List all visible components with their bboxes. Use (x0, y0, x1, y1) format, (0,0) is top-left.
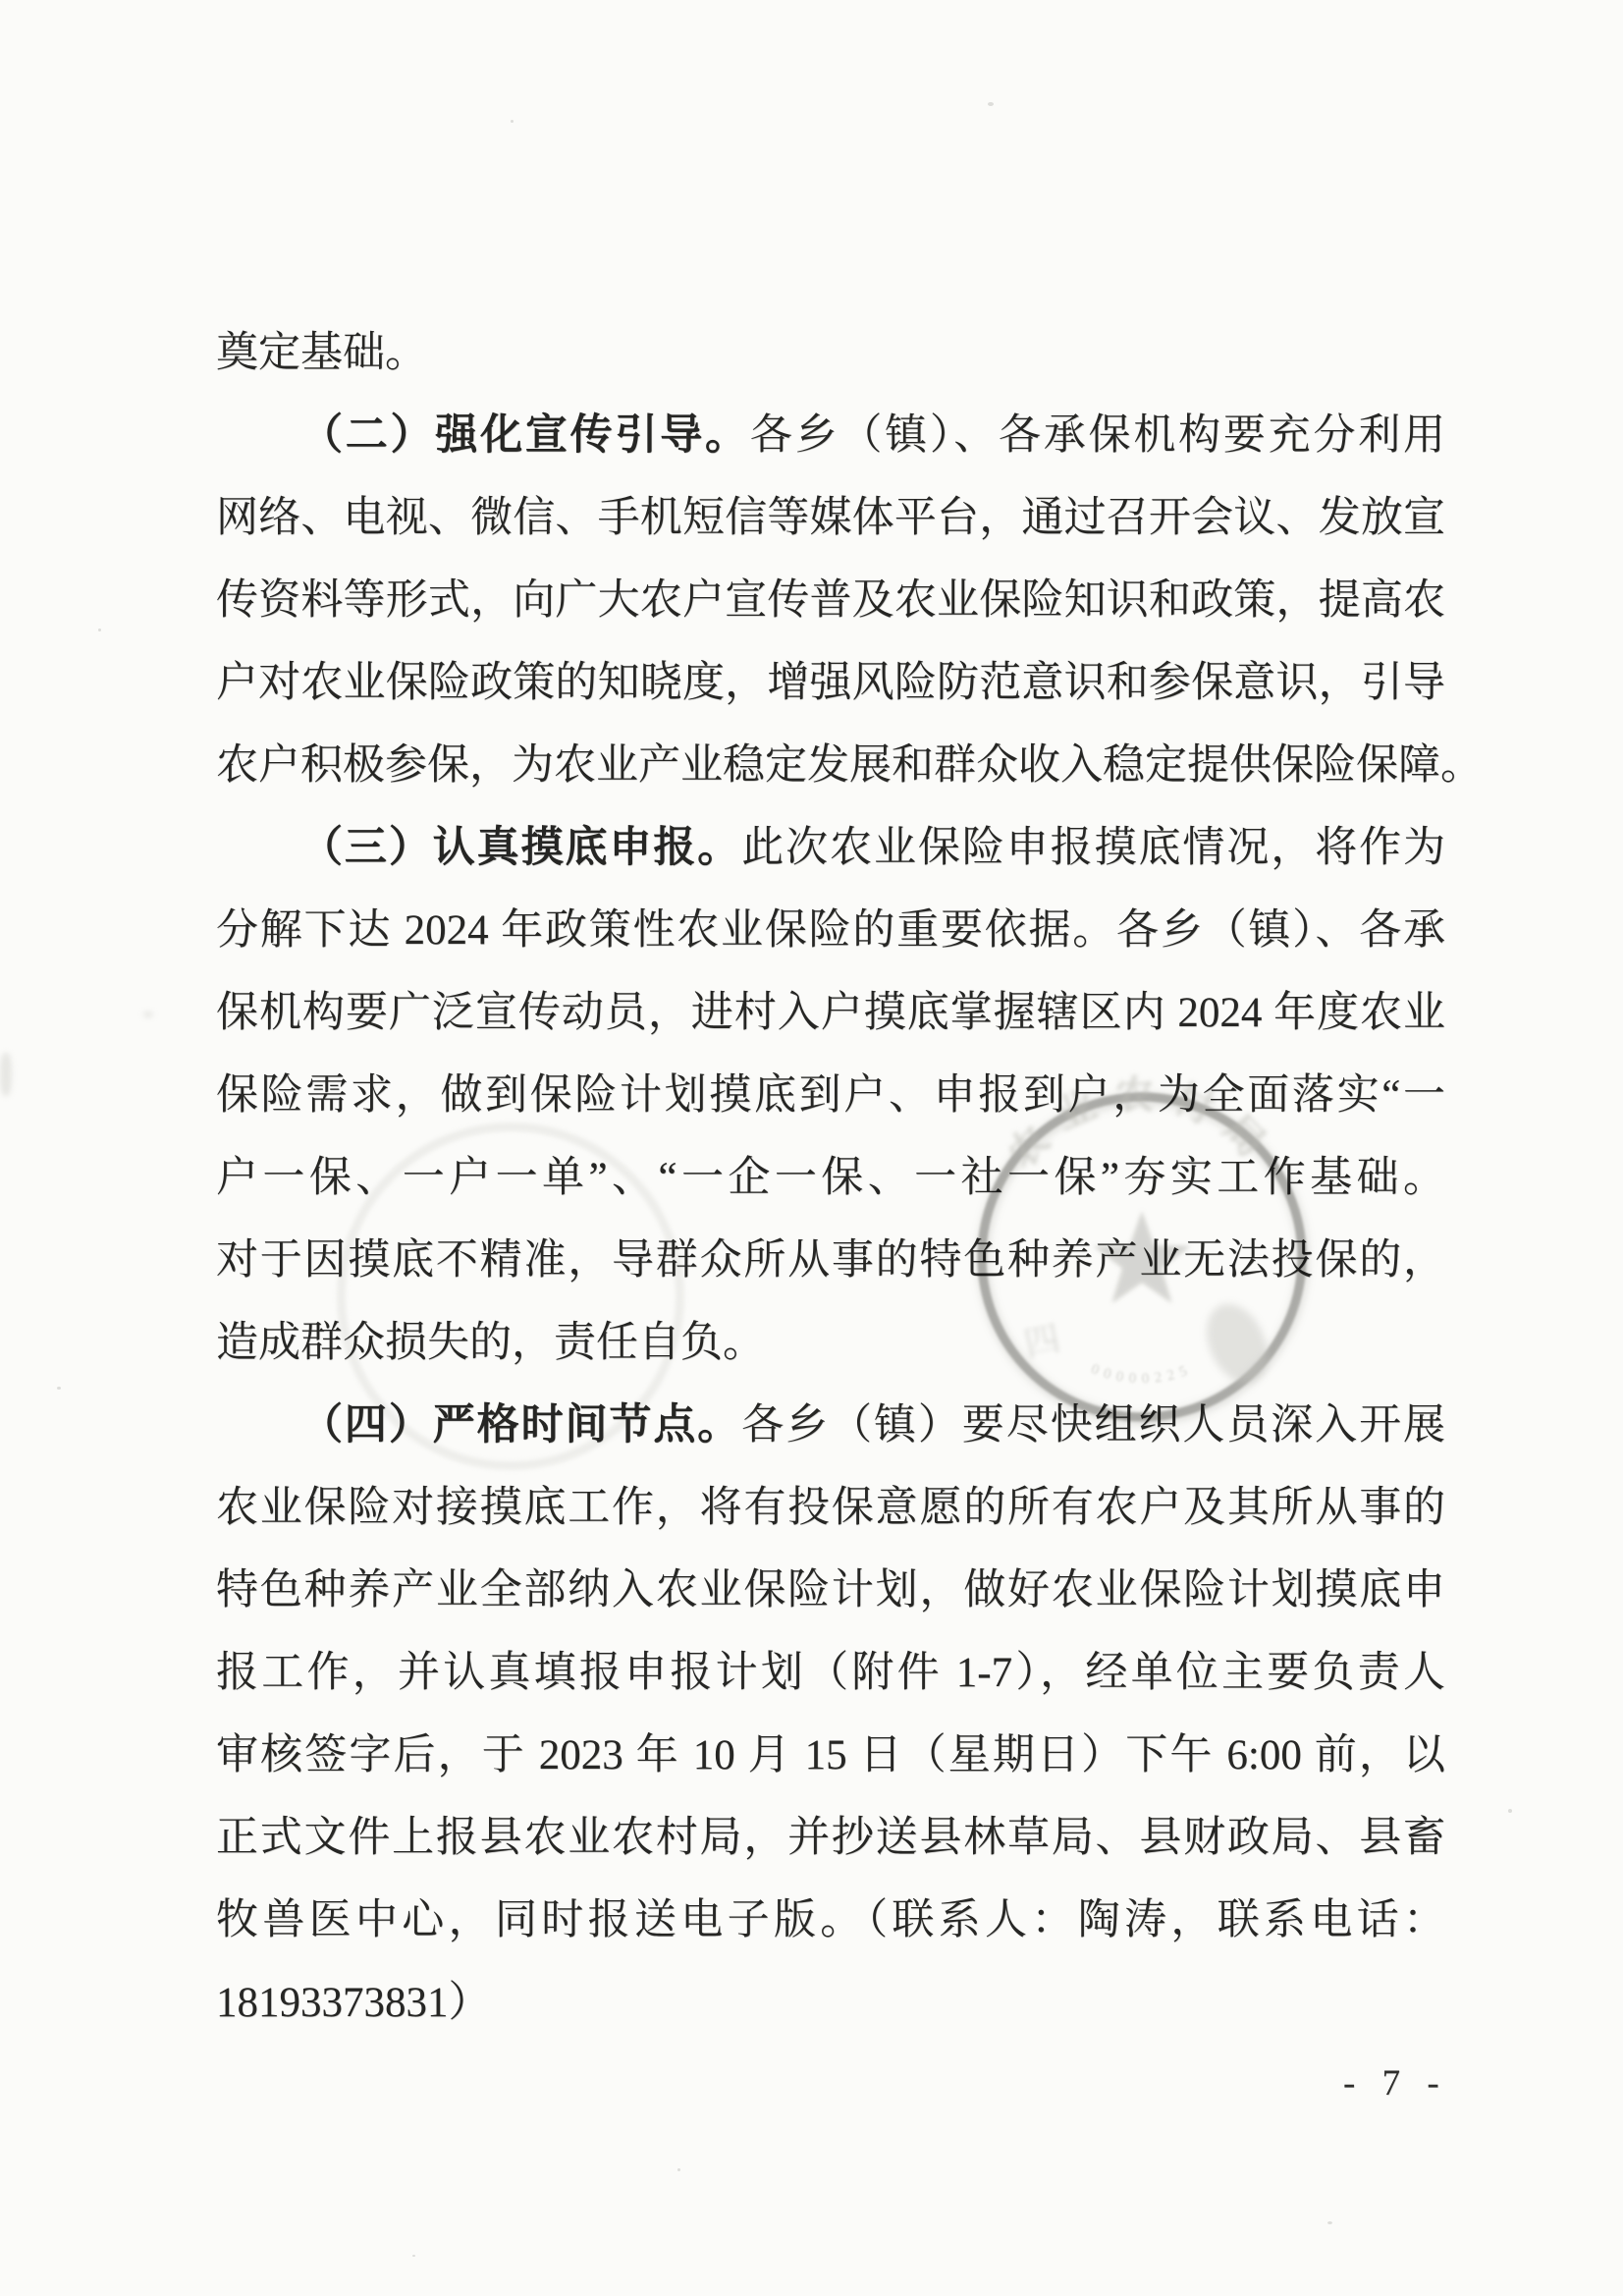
section-heading: （四）严格时间节点。 (300, 1402, 741, 1449)
text-line: 户对农业保险政策的知晓度，增强风险防范意识和参保意识，引导 (216, 642, 1445, 725)
text-line: 审核签字后，于 2023 年 10 月 15 日（星期日）下午 6:00 前，以 (216, 1715, 1445, 1797)
text-line: 农户积极参保，为农业产业稳定发展和群众收入稳定提供保险保障。 (216, 725, 1445, 807)
line-text: 此次农业保险申报摸底情况，将作为 (741, 825, 1445, 871)
seal-serial-number: 00000225 (1089, 1361, 1195, 1387)
seal-arc-text: 农业农村局 (999, 1073, 1284, 1177)
scan-noise-smudge (143, 1011, 153, 1017)
section-heading: （二）强化宣传引导。 (300, 412, 750, 459)
scanned-document-page: 奠定基础。（二）强化宣传引导。各乡（镇）、各承保机构要充分利用网络、电视、微信、… (0, 0, 1623, 2296)
line-text: 各乡（镇）、各承保机构要充分利用 (750, 412, 1445, 459)
line-text: 传资料等形式，向广大农户宣传普及农业保险知识和政策，提高农 (216, 577, 1445, 624)
line-text: 18193373831） (216, 1980, 491, 2026)
line-text: 农业保险对接摸底工作，将有投保意愿的所有农户及其所从事的 (216, 1485, 1445, 1531)
text-line: 保机构要广泛宣传动员，进村入户摸底掌握辖区内 2024 年度农业 (216, 972, 1445, 1055)
official-seal-stamp: 农业农村局 00000225 四 (946, 1061, 1338, 1453)
text-line: 农业保险对接摸底工作，将有投保意愿的所有农户及其所从事的 (216, 1467, 1445, 1550)
line-text: 分解下达 2024 年政策性农业保险的重要依据。各乡（镇）、各承 (216, 907, 1445, 954)
section-heading: （三）认真摸底申报。 (300, 825, 741, 871)
text-line: 牧兽医中心，同时报送电子版。（联系人：陶涛，联系电话： (216, 1880, 1445, 1962)
line-text: 牧兽医中心，同时报送电子版。（联系人：陶涛，联系电话： (216, 1897, 1445, 1943)
text-line: 奠定基础。 (216, 312, 1445, 395)
line-text: 户对农业保险政策的知晓度，增强风险防范意识和参保意识，引导 (216, 660, 1445, 706)
scan-noise-speck (988, 102, 994, 106)
line-text: 正式文件上报县农业农村局，并抄送县林草局、县财政局、县畜 (216, 1815, 1445, 1861)
line-text: 奠定基础。 (216, 330, 427, 376)
line-text: 报工作，并认真填报申报计划（附件 1-7），经单位主要负责人 (216, 1650, 1445, 1696)
line-text: 网络、电视、微信、手机短信等媒体平台，通过召开会议、发放宣 (216, 495, 1445, 541)
line-text: 农户积极参保，为农业产业稳定发展和群众收入稳定提供保险保障。 (216, 742, 1483, 789)
scan-noise-speck (412, 2255, 415, 2257)
scan-noise-speck (57, 1387, 61, 1390)
scan-noise-speck (1508, 1809, 1512, 1813)
scan-noise-speck (677, 2168, 680, 2171)
line-text: 造成群众损失的，责任自负。 (216, 1320, 765, 1366)
scan-noise-speck (98, 629, 101, 631)
text-line: （二）强化宣传引导。各乡（镇）、各承保机构要充分利用 (216, 395, 1445, 477)
text-line: 传资料等形式，向广大农户宣传普及农业保险知识和政策，提高农 (216, 560, 1445, 642)
seal-ink-smudge (1195, 1294, 1278, 1393)
scan-noise-speck (1327, 2221, 1332, 2224)
text-line: 特色种养产业全部纳入农业保险计划，做好农业保险计划摸底申 (216, 1550, 1445, 1632)
text-line: 正式文件上报县农业农村局，并抄送县林草局、县财政局、县畜 (216, 1797, 1445, 1880)
text-line: 18193373831） (216, 1962, 1445, 2045)
page-number: - 7 - (1343, 2062, 1448, 2105)
scan-noise-speck (511, 120, 514, 123)
seal-star-icon (1094, 1211, 1191, 1303)
line-text: 保机构要广泛宣传动员，进村入户摸底掌握辖区内 2024 年度农业 (216, 990, 1445, 1036)
line-text: 审核签字后，于 2023 年 10 月 15 日（星期日）下午 6:00 前，以 (216, 1732, 1445, 1778)
text-line: （三）认真摸底申报。此次农业保险申报摸底情况，将作为 (216, 807, 1445, 890)
seal-side-character: 四 (1021, 1319, 1064, 1365)
line-text: 特色种养产业全部纳入农业保险计划，做好农业保险计划摸底申 (216, 1567, 1445, 1613)
text-line: 分解下达 2024 年政策性农业保险的重要依据。各乡（镇）、各承 (216, 890, 1445, 972)
text-line: 网络、电视、微信、手机短信等媒体平台，通过召开会议、发放宣 (216, 477, 1445, 560)
scan-noise-smudge (0, 1053, 12, 1096)
text-line: 报工作，并认真填报申报计划（附件 1-7），经单位主要负责人 (216, 1632, 1445, 1715)
